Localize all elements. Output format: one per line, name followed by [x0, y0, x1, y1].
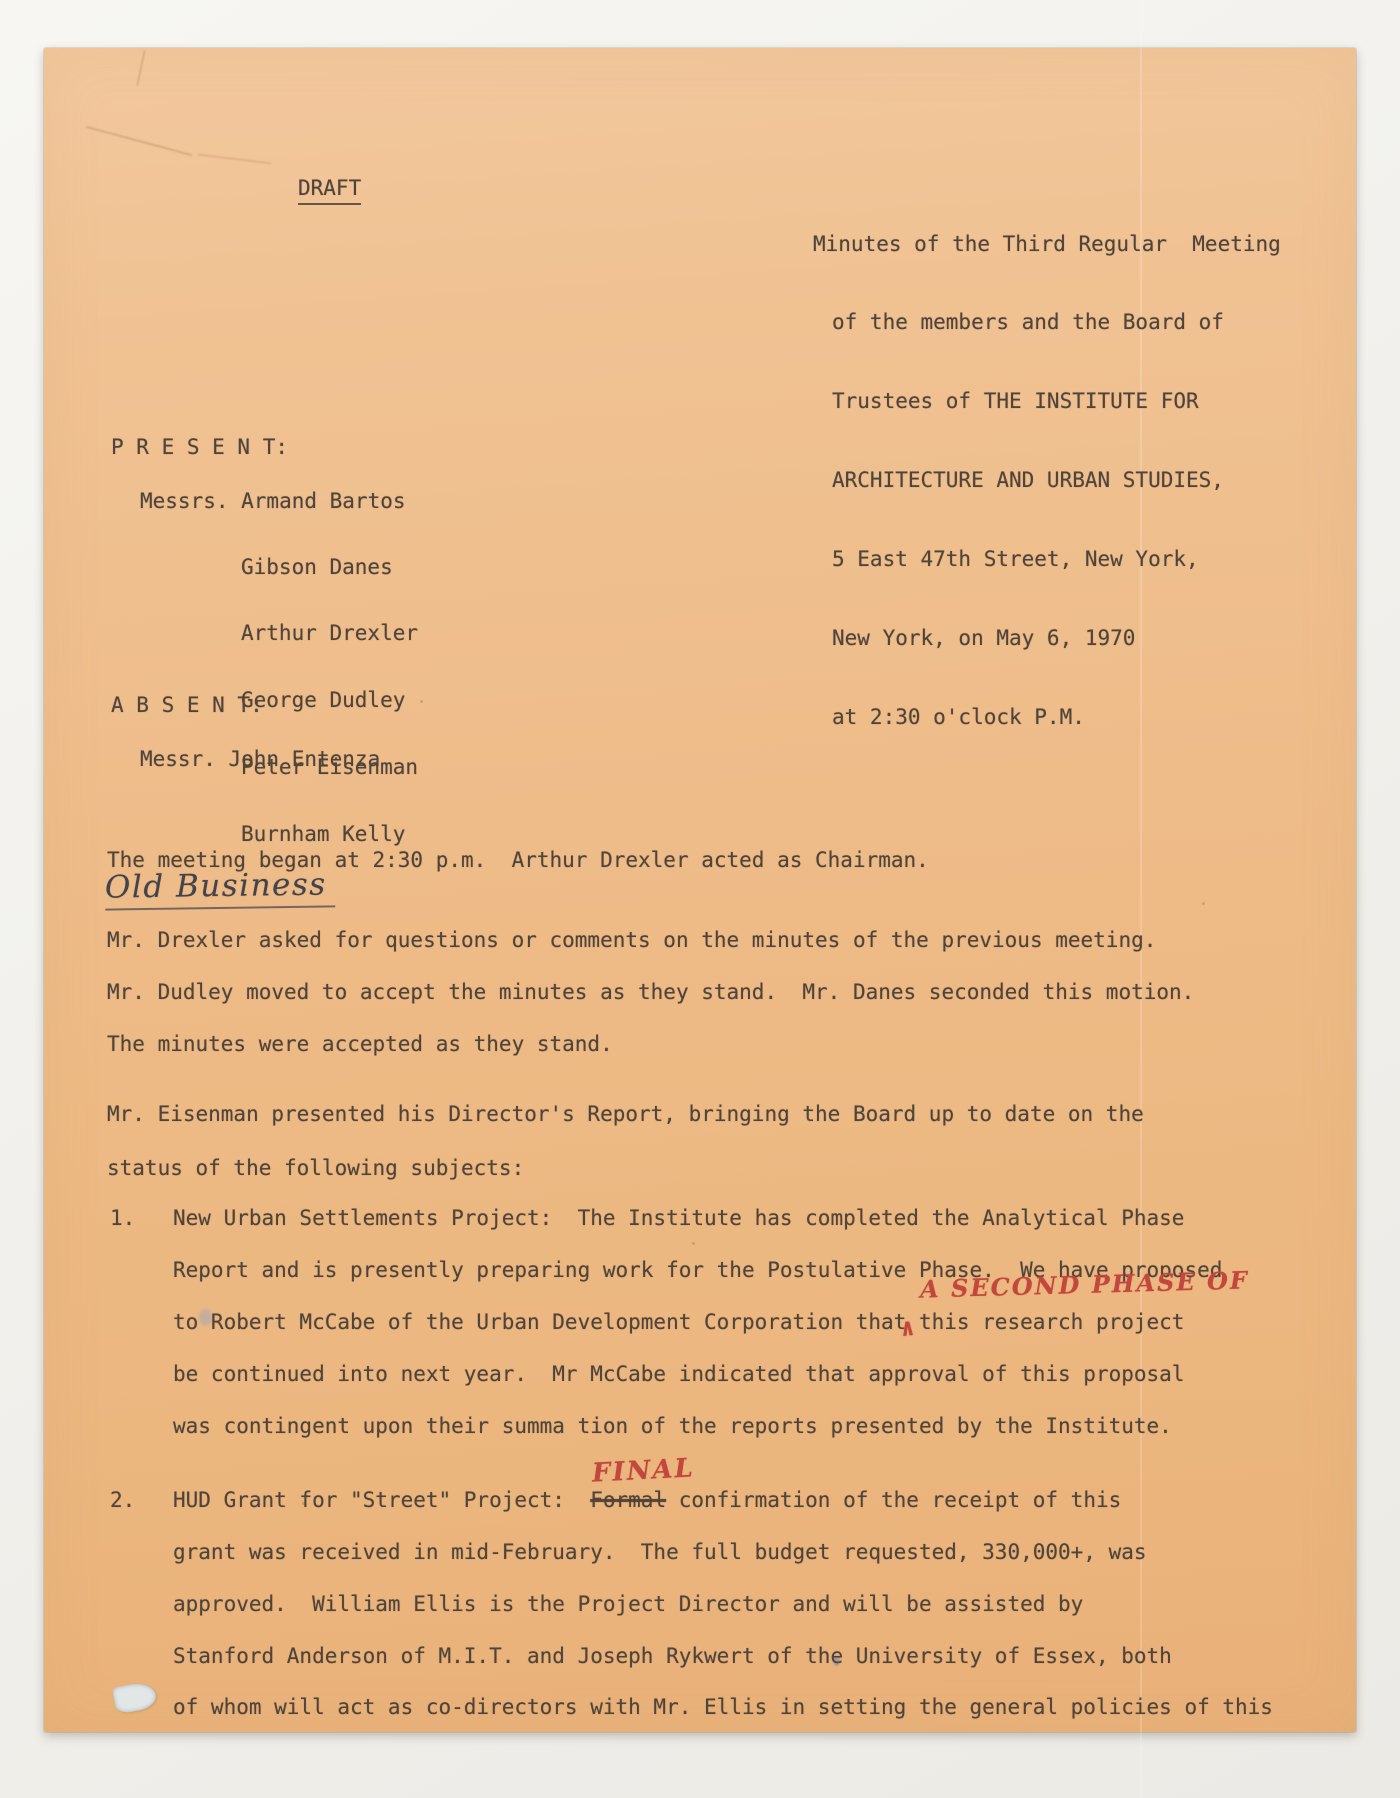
- draft-label: DRAFT: [298, 176, 361, 205]
- paper-speck: [420, 700, 423, 703]
- item-number: 2.: [110, 1488, 135, 1513]
- old-business-heading: Old Business: [105, 866, 335, 910]
- paragraph-line: Mr. Drexler asked for questions or comme…: [107, 928, 1156, 953]
- header-line: ARCHITECTURE AND URBAN STUDIES,: [832, 467, 1281, 493]
- red-final-annotation: FINAL: [591, 1453, 695, 1488]
- item-line: grant was received in mid-February. The …: [173, 1540, 1147, 1565]
- scanned-document-screenshot: { "doc": { "draft_label": "DRAFT", "head…: [0, 0, 1400, 1798]
- item-line: New Urban Settlements Project: The Insti…: [173, 1206, 1184, 1231]
- paragraph-line: status of the following subjects:: [107, 1156, 524, 1181]
- attendee-name: George Dudley: [241, 689, 418, 711]
- paragraph-line: Mr. Dudley moved to accept the minutes a…: [107, 980, 1194, 1005]
- header-block: Minutes of the Third Regular Meeting of …: [813, 178, 1281, 757]
- item-line-suffix: confirmation of the receipt of this: [666, 1488, 1121, 1512]
- attendee-name: Gibson Danes: [241, 556, 418, 578]
- item-line: HUD Grant for "Street" Project: Formal c…: [173, 1488, 1121, 1513]
- absent-heading: A B S E N T:: [111, 693, 263, 718]
- draft-label-text: DRAFT: [298, 176, 361, 205]
- paragraph-line: The minutes were accepted as they stand.: [107, 1032, 613, 1057]
- header-line: at 2:30 o'clock P.M.: [832, 704, 1281, 730]
- item-line: to Robert McCabe of the Urban Developmen…: [173, 1310, 1184, 1335]
- attendee-absent: Messr. John Entenza: [140, 747, 380, 772]
- header-line: Trustees of THE INSTITUTE FOR: [832, 388, 1281, 414]
- attendees-present-list: Gibson Danes Arthur Drexler George Dudle…: [241, 511, 418, 868]
- item-line: was contingent upon their summa tion of …: [173, 1414, 1172, 1439]
- attendee-name: Arthur Drexler: [241, 622, 418, 644]
- item-line: Stanford Anderson of M.I.T. and Joseph R…: [173, 1644, 1172, 1669]
- item-number: 1.: [110, 1206, 135, 1231]
- insertion-caret-mark: ∧: [899, 1314, 916, 1343]
- paper-speck: [1202, 902, 1205, 905]
- item-line-prefix: HUD Grant for "Street" Project:: [173, 1488, 590, 1512]
- header-line: 5 East 47th Street, New York,: [832, 546, 1281, 572]
- item-line: approved. William Ellis is the Project D…: [173, 1592, 1083, 1617]
- attendee-name: Burnham Kelly: [241, 823, 418, 845]
- strikethrough-word: Formal: [590, 1488, 666, 1512]
- header-line: of the members and the Board of: [832, 309, 1281, 335]
- item-line: of whom will act as co-directors with Mr…: [173, 1695, 1273, 1720]
- header-line: New York, on May 6, 1970: [832, 625, 1281, 651]
- paper-speck: [692, 1242, 695, 1245]
- paragraph-line: Mr. Eisenman presented his Director's Re…: [107, 1102, 1144, 1127]
- item-line: be continued into next year. Mr McCabe i…: [173, 1362, 1184, 1387]
- present-heading: P R E S E N T:: [111, 435, 288, 460]
- header-line: Minutes of the Third Regular Meeting: [813, 231, 1281, 257]
